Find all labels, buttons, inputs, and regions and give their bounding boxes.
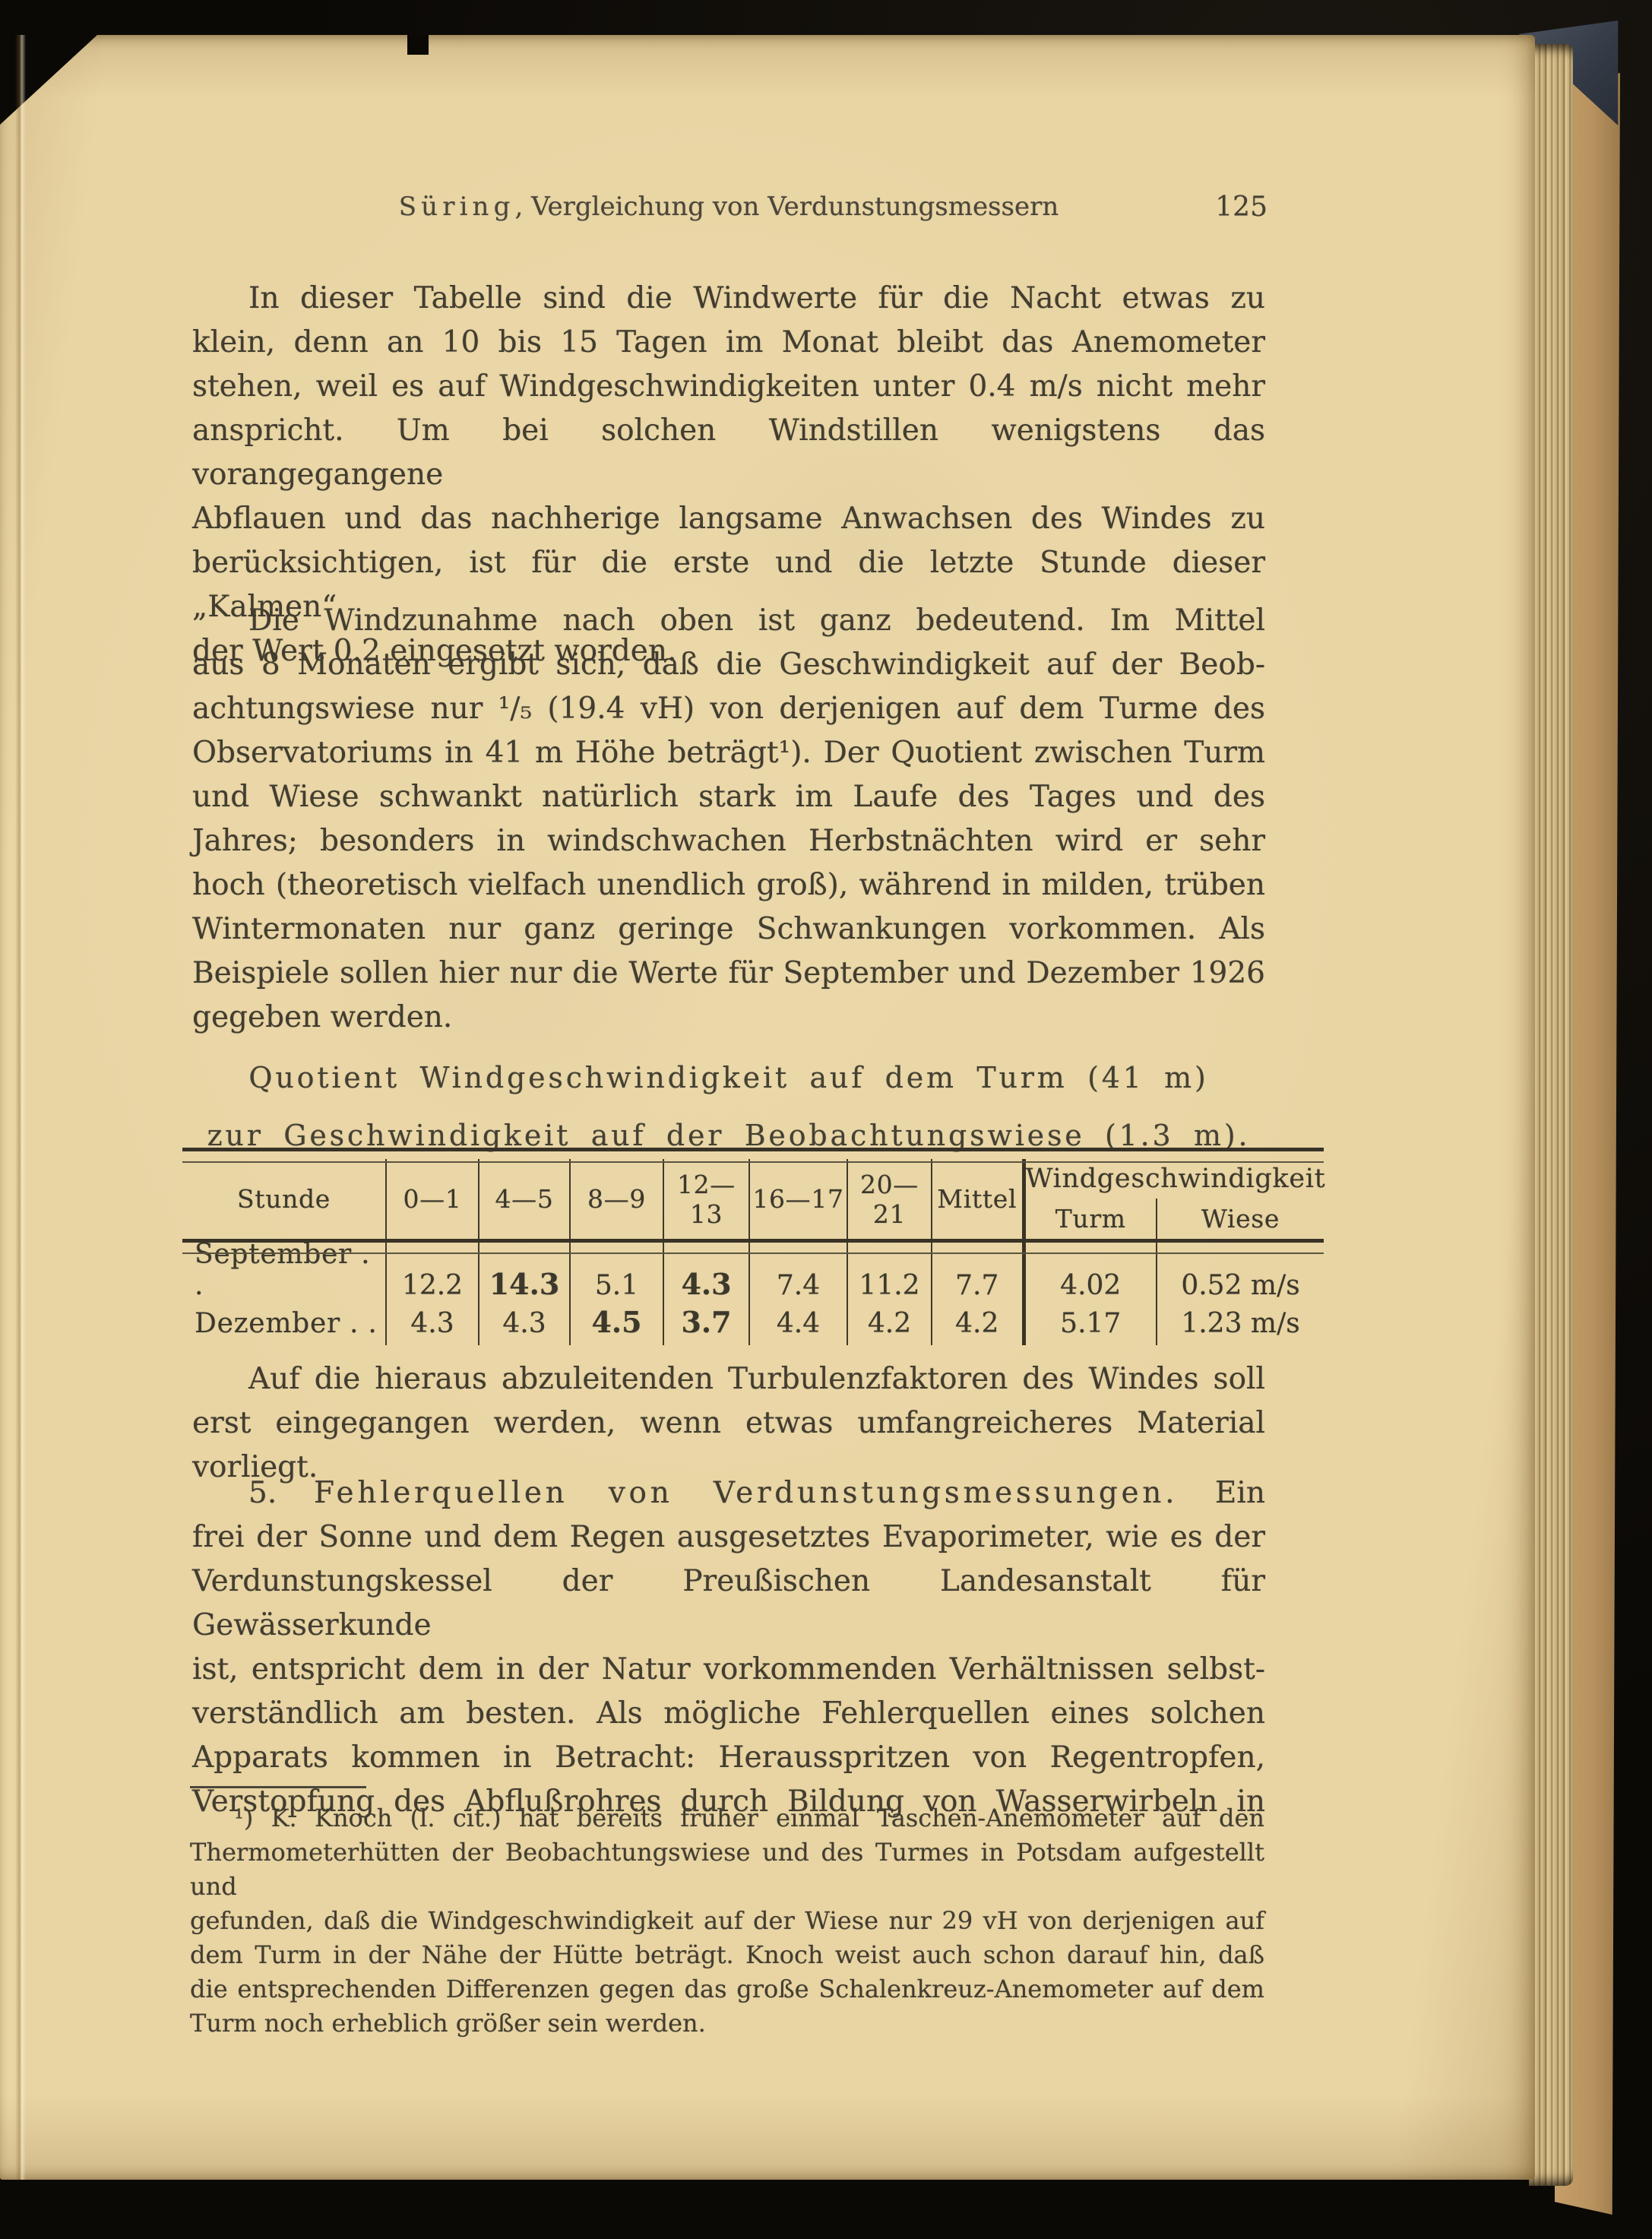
col-header-stunde: Stunde <box>182 1159 386 1239</box>
text-line: Auf die hieraus abzuleitenden Turbulenzf… <box>192 1357 1265 1401</box>
section-first-word: Ein <box>1215 1476 1265 1510</box>
text-line: gefunden, daß die Windgeschwindigkeit au… <box>190 1904 1264 1938</box>
text-line: In dieser Tabelle sind die Windwerte für… <box>192 277 1265 321</box>
text-line: hoch (theoretisch vielfach unendlich gro… <box>192 863 1265 907</box>
col-header-16-17: 16—17 <box>749 1159 847 1239</box>
text-line: Turm noch erheblich größer sein werden. <box>190 2006 1264 2041</box>
text-line: dem Turm in der Nähe der Hütte beträgt. … <box>190 1938 1264 1972</box>
col-header-mittel: Mittel <box>932 1159 1024 1239</box>
text-line: ist, entspricht dem in der Natur vorkomm… <box>192 1648 1265 1692</box>
text-line: aus 8 Monaten ergibt sich, daß die Gesch… <box>192 643 1265 687</box>
page-edges-stack <box>1529 44 1573 2186</box>
table-title-line-1: Quotient Windgeschwindigkeit auf dem Tur… <box>192 1049 1265 1107</box>
running-head-author: Süring <box>399 192 515 222</box>
cell: 4.3 <box>386 1303 479 1345</box>
running-head: Süring, Vergleichung von Verdunstungsmes… <box>192 192 1265 222</box>
cell: 4.2 <box>847 1303 932 1345</box>
text-line: stehen, weil es auf Windgeschwindigkeite… <box>192 365 1265 409</box>
col-header-12-13: 12—13 <box>663 1159 749 1239</box>
section-5-body: frei der Sonne und dem Regen ausgesetzte… <box>192 1515 1265 1824</box>
text-line: Verdunstungskessel der Preußischen Lande… <box>192 1560 1265 1648</box>
section-5-heading-line: 5. Fehlerquellen von Verdunstungsmessung… <box>192 1471 1265 1515</box>
col-header-windgeschwindigkeit: Windgeschwindigkeit <box>1024 1159 1324 1199</box>
text-line: Jahres; besonders in windschwachen Herbs… <box>192 819 1265 863</box>
col-header-wiese: Wiese <box>1157 1199 1324 1239</box>
text-line: ¹) K. Knoch (l. cit.) hat bereits früher… <box>190 1801 1264 1835</box>
cell: 1.23 m/s <box>1157 1303 1324 1345</box>
footnote: ¹) K. Knoch (l. cit.) hat bereits früher… <box>190 1801 1264 2041</box>
text-line: die entsprechenden Differenzen gegen das… <box>190 1972 1264 2006</box>
footnote-rule <box>190 1786 366 1788</box>
col-header-0-1: 0—1 <box>386 1159 479 1239</box>
text-line: Apparats kommen in Betracht: Heraussprit… <box>192 1736 1265 1780</box>
text-line: Die Windzunahme nach oben ist ganz bedeu… <box>192 599 1265 643</box>
section-5-paragraph: 5. Fehlerquellen von Verdunstungsmessung… <box>192 1471 1265 1824</box>
table-row-dezember: Dezember . . 4.3 4.3 4.5 3.7 4.4 4.2 4.2… <box>182 1303 1324 1345</box>
book-page: Süring, Vergleichung von Verdunstungsmes… <box>0 35 1535 2180</box>
text-line: und Wiese schwankt natürlich stark im La… <box>192 775 1265 819</box>
text-line: Thermometerhütten der Beobachtungswiese … <box>190 1835 1264 1904</box>
text-line: Wintermonaten nur ganz geringe Schwankun… <box>192 907 1265 952</box>
text-line: verständlich am besten. Als mögliche Feh… <box>192 1692 1265 1736</box>
text-line: achtungswiese nur ¹/₅ (19.4 vH) von derj… <box>192 687 1265 731</box>
text-line: Abflauen und das nachherige langsame Anw… <box>192 497 1265 541</box>
page-crease <box>15 35 26 2180</box>
cell: 4.4 <box>749 1303 847 1345</box>
col-header-4-5: 4—5 <box>479 1159 570 1239</box>
text-line: frei der Sonne und dem Regen ausgesetzte… <box>192 1515 1265 1560</box>
row-label: Dezember . . <box>182 1303 386 1345</box>
text-line: anspricht. Um bei solchen Windstillen we… <box>192 409 1265 497</box>
cell: 4.5 <box>570 1303 663 1345</box>
col-header-20-21: 20—21 <box>847 1159 932 1239</box>
cell: 3.7 <box>663 1303 749 1345</box>
paragraph-3: Auf die hieraus abzuleitenden Turbulenzf… <box>192 1357 1265 1490</box>
cell: 4.3 <box>479 1303 570 1345</box>
text-line: Beispiele sollen hier nur die Werte für … <box>192 952 1265 996</box>
scanned-book-photo: { "header": { "author": "Süring", "title… <box>0 0 1652 2239</box>
table-top-rule <box>182 1148 1324 1163</box>
wind-quotient-table: Stunde 0—1 4—5 8—9 12—13 16—17 20—21 Mit… <box>182 1146 1324 1336</box>
cell: 4.2 <box>932 1303 1024 1345</box>
paragraph-2: Die Windzunahme nach oben ist ganz bedeu… <box>192 599 1265 1040</box>
text-line: klein, denn an 10 bis 15 Tagen im Monat … <box>192 321 1265 365</box>
col-header-8-9: 8—9 <box>570 1159 663 1239</box>
cell: 5.17 <box>1024 1303 1157 1345</box>
text-line: Observatoriums in 41 m Höhe beträgt¹). D… <box>192 731 1265 775</box>
table-header-rule <box>182 1239 1324 1254</box>
running-head-title: , Vergleichung von Verdunstungsmessern <box>514 192 1059 222</box>
col-header-turm: Turm <box>1024 1199 1157 1239</box>
page-number: 125 <box>1125 192 1267 223</box>
section-number: 5. <box>248 1476 277 1510</box>
text-line: gegeben werden. <box>192 996 1265 1040</box>
scan-artifact-notch <box>407 35 429 55</box>
section-title: Fehlerquellen von Verdunstungsmessungen. <box>314 1476 1178 1510</box>
